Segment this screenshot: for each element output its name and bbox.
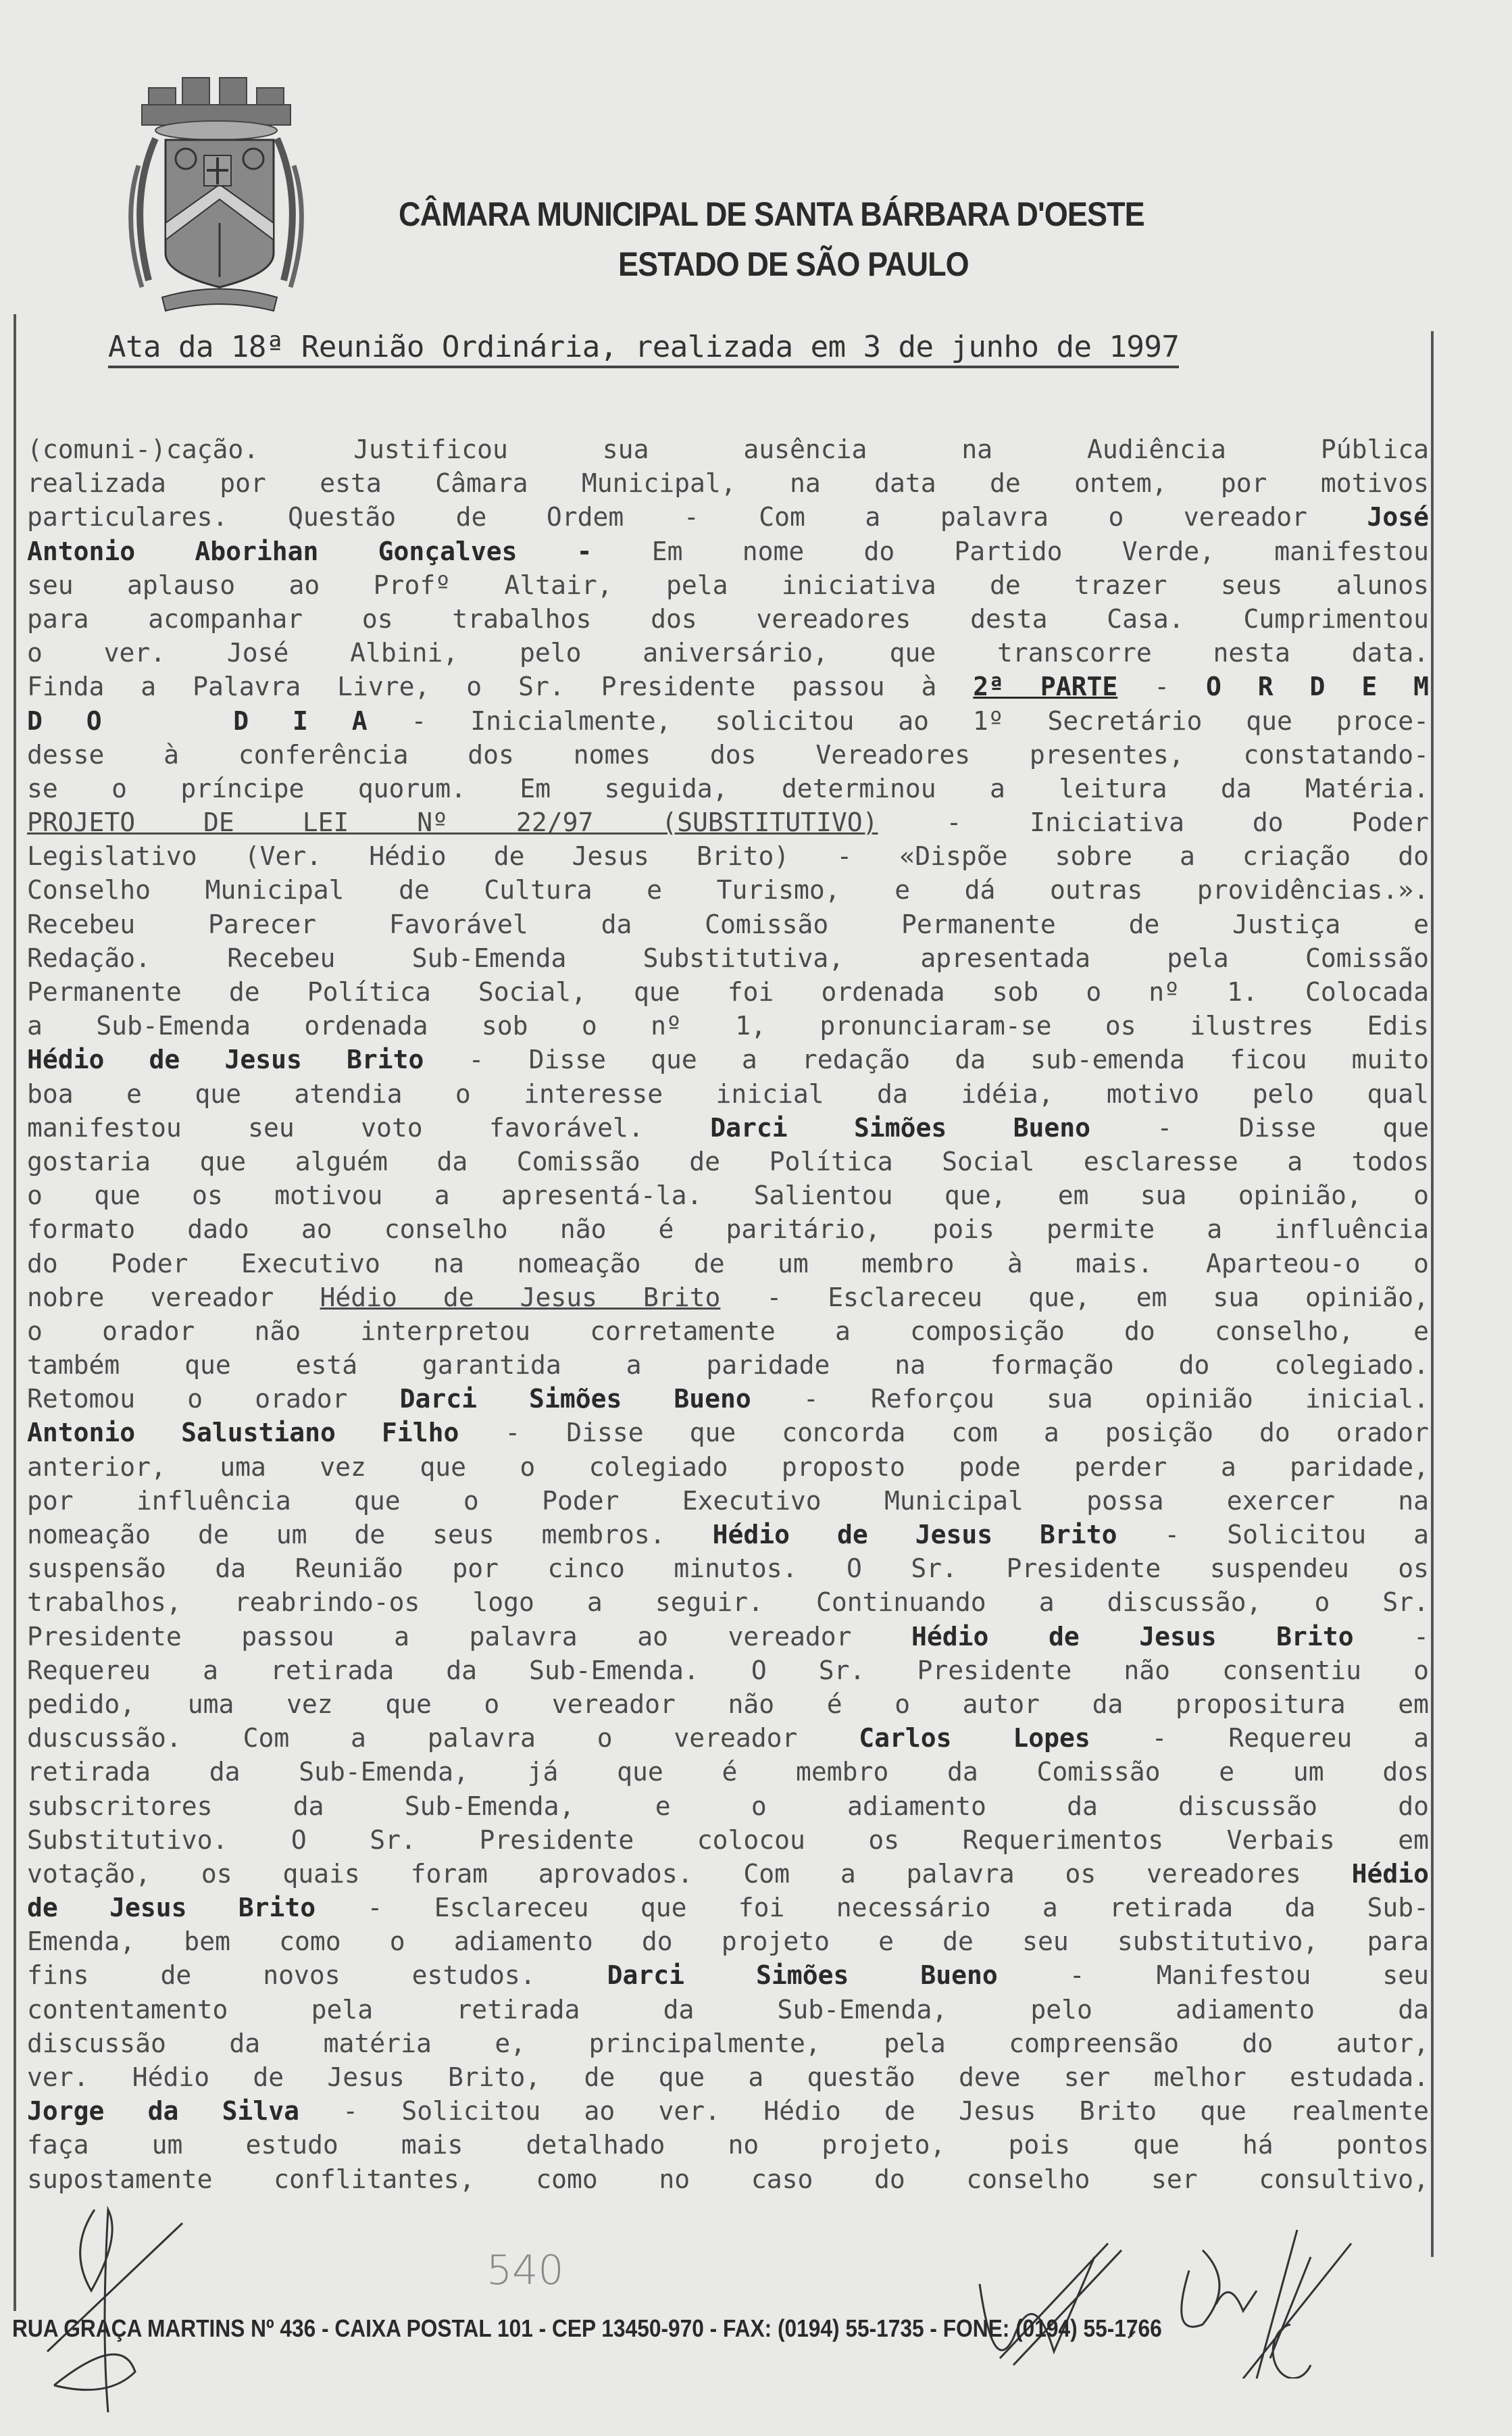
text-run: trabalhos, reabrindo-os logo a seguir. C… bbox=[27, 1587, 1429, 1617]
text-run: retirada da Sub-Emenda, já que é membro … bbox=[27, 1757, 1429, 1787]
signature-right-icon bbox=[973, 2203, 1459, 2379]
text-run: - Esclareceu que, em sua opinião, bbox=[720, 1283, 1429, 1312]
text-run: boa e que atendia o interesse inicial da… bbox=[27, 1079, 1429, 1109]
text-run: Presidente passou a palavra ao vereador bbox=[27, 1622, 911, 1651]
text-line: para acompanhar os trabalhos dos vereado… bbox=[27, 602, 1429, 636]
text-line: supostamente conflitantes, como no caso … bbox=[27, 2162, 1429, 2196]
speaker-name: Darci Simões Bueno bbox=[607, 1960, 998, 1990]
text-line: se o príncipe quorum. Em seguida, determ… bbox=[27, 772, 1429, 805]
text-line: também que está garantida a paridade na … bbox=[27, 1348, 1429, 1382]
text-run: - Requereu a bbox=[1090, 1723, 1429, 1753]
text-run: - bbox=[1354, 1622, 1429, 1651]
text-line: fins de novos estudos. Darci Simões Buen… bbox=[27, 1958, 1429, 1992]
text-line: Redação. Recebeu Sub-Emenda Substitutiva… bbox=[27, 941, 1429, 975]
speaker-name: Antonio Salustiano Filho bbox=[27, 1418, 459, 1447]
text-run: nomeação de um de seus membros. bbox=[27, 1520, 713, 1549]
text-run: Em nome do Partido Verde, manifestou bbox=[593, 537, 1429, 566]
text-run: nobre vereador bbox=[27, 1283, 320, 1312]
text-run: por influência que o Poder Executivo Mun… bbox=[27, 1486, 1429, 1516]
text-run: - Manifestou seu bbox=[998, 1960, 1429, 1990]
text-run: votação, os quais foram aprovados. Com a… bbox=[27, 1859, 1352, 1889]
text-line: ver. Hédio de Jesus Brito, de que a ques… bbox=[27, 2060, 1429, 2094]
text-line: Presidente passou a palavra ao vereador … bbox=[27, 1620, 1429, 1654]
text-line: Emenda, bem como o adiamento do projeto … bbox=[27, 1924, 1429, 1958]
text-run: Requereu a retirada da Sub-Emenda. O Sr.… bbox=[27, 1656, 1429, 1685]
text-line: nomeação de um de seus membros. Hédio de… bbox=[27, 1518, 1429, 1551]
text-run: para acompanhar os trabalhos dos vereado… bbox=[27, 604, 1429, 634]
text-line: (comuni-)cação. Justificou sua ausência … bbox=[27, 432, 1429, 466]
document-page: CÂMARA MUNICIPAL DE SANTA BÁRBARA D'OEST… bbox=[0, 0, 1512, 2436]
text-line: Antonio Salustiano Filho - Disse que con… bbox=[27, 1416, 1429, 1449]
text-run: - Iniciativa do Poder bbox=[878, 807, 1429, 837]
organization-name: CÂMARA MUNICIPAL DE SANTA BÁRBARA D'OEST… bbox=[399, 195, 1140, 234]
text-line: votação, os quais foram aprovados. Com a… bbox=[27, 1857, 1429, 1891]
municipal-crest-icon bbox=[101, 64, 331, 328]
speaker-name: Hédio de Jesus Brito bbox=[911, 1622, 1354, 1651]
text-line: Hédio de Jesus Brito - Disse que a redaç… bbox=[27, 1043, 1429, 1076]
text-line: Finda a Palavra Livre, o Sr. Presidente … bbox=[27, 670, 1429, 703]
text-line: o que os motivou a apresentá-la. Salient… bbox=[27, 1178, 1429, 1212]
text-line: a Sub-Emenda ordenada sob o nº 1, pronun… bbox=[27, 1009, 1429, 1043]
text-line: pedido, uma vez que o vereador não é o a… bbox=[27, 1687, 1429, 1721]
text-run: Retomou o orador bbox=[27, 1384, 400, 1414]
speaker-name: Hédio bbox=[1352, 1859, 1429, 1889]
text-run: - Solicitou a bbox=[1117, 1520, 1429, 1549]
text-run: suspensão da Reunião por cinco minutos. … bbox=[27, 1553, 1429, 1583]
text-run: pedido, uma vez que o vereador não é o a… bbox=[27, 1689, 1429, 1719]
speaker-name: de Jesus Brito bbox=[27, 1893, 316, 1922]
text-line: manifestou seu voto favorável. Darci Sim… bbox=[27, 1111, 1429, 1145]
text-line: Substitutivo. O Sr. Presidente colocou o… bbox=[27, 1823, 1429, 1857]
text-run: do Poder Executivo na nomeação de um mem… bbox=[27, 1249, 1429, 1278]
text-line: Antonio Aborihan Gonçalves - Em nome do … bbox=[27, 535, 1429, 568]
text-run: fins de novos estudos. bbox=[27, 1960, 607, 1990]
signature-left-icon bbox=[27, 2196, 189, 2419]
right-margin-rule bbox=[1431, 331, 1434, 2257]
speaker-name: D O D I A bbox=[27, 706, 368, 736]
text-line: realizada por esta Câmara Municipal, na … bbox=[27, 466, 1429, 500]
text-line: formato dado ao conselho não é paritário… bbox=[27, 1212, 1429, 1246]
text-run: realizada por esta Câmara Municipal, na … bbox=[27, 468, 1429, 498]
text-run: - Disse que a redação da sub-emenda fico… bbox=[424, 1045, 1429, 1074]
text-run: - bbox=[1117, 672, 1206, 701]
text-run: o orador não interpretou corretamente a … bbox=[27, 1316, 1429, 1346]
organization-state: ESTADO DE SÃO PAULO bbox=[618, 245, 969, 284]
text-run: manifestou seu voto favorável. bbox=[27, 1113, 710, 1143]
text-run: duscussão. Com a palavra o vereador bbox=[27, 1723, 859, 1753]
text-run: - Reforçou sua opinião inicial. bbox=[751, 1384, 1429, 1414]
speaker-name: Darci Simões Bueno bbox=[400, 1384, 751, 1414]
text-run: formato dado ao conselho não é paritário… bbox=[27, 1214, 1429, 1244]
minutes-body: (comuni-)cação. Justificou sua ausência … bbox=[27, 432, 1429, 2196]
text-run: Substitutivo. O Sr. Presidente colocou o… bbox=[27, 1825, 1429, 1855]
text-run: Emenda, bem como o adiamento do projeto … bbox=[27, 1927, 1429, 1956]
text-line: Requereu a retirada da Sub-Emenda. O Sr.… bbox=[27, 1654, 1429, 1687]
text-line: Permanente de Política Social, que foi o… bbox=[27, 975, 1429, 1009]
text-run: Conselho Municipal de Cultura e Turismo,… bbox=[27, 875, 1429, 905]
text-line: o ver. José Albini, pelo aniversário, qu… bbox=[27, 636, 1429, 670]
speaker-name: Jorge da Silva bbox=[27, 2096, 299, 2126]
text-run: - Disse que concorda com a posição do or… bbox=[459, 1418, 1429, 1447]
text-line: discussão da matéria e, principalmente, … bbox=[27, 2027, 1429, 2060]
text-run: discussão da matéria e, principalmente, … bbox=[27, 2029, 1429, 2058]
text-line: o orador não interpretou corretamente a … bbox=[27, 1314, 1429, 1348]
text-line: Jorge da Silva - Solicitou ao ver. Hédio… bbox=[27, 2094, 1429, 2128]
text-line: de Jesus Brito - Esclareceu que foi nece… bbox=[27, 1891, 1429, 1924]
text-line: do Poder Executivo na nomeação de um mem… bbox=[27, 1247, 1429, 1281]
text-run: seu aplauso ao Profº Altair, pela inicia… bbox=[27, 570, 1429, 600]
text-line: boa e que atendia o interesse inicial da… bbox=[27, 1077, 1429, 1111]
speaker-name: José bbox=[1367, 502, 1429, 532]
text-line: nobre vereador Hédio de Jesus Brito - Es… bbox=[27, 1281, 1429, 1314]
text-run: anterior, uma vez que o colegiado propos… bbox=[27, 1452, 1429, 1482]
underlined-text: PROJETO DE LEI Nº 22/97 (SUBSTITUTIVO) bbox=[27, 807, 878, 837]
text-line: por influência que o Poder Executivo Mun… bbox=[27, 1484, 1429, 1518]
text-run: Redação. Recebeu Sub-Emenda Substitutiva… bbox=[27, 943, 1429, 973]
speaker-name: Hédio de Jesus Brito bbox=[713, 1520, 1117, 1549]
text-run: ver. Hédio de Jesus Brito, de que a ques… bbox=[27, 2062, 1429, 2092]
speaker-name: 2ª PARTE bbox=[973, 672, 1117, 701]
speaker-name: Darci Simões Bueno bbox=[710, 1113, 1090, 1143]
text-run: gostaria que alguém da Comissão de Polít… bbox=[27, 1147, 1429, 1176]
minutes-title: Ata da 18ª Reunião Ordinária, realizada … bbox=[108, 330, 1179, 368]
text-run: - Inicialmente, solicitou ao 1º Secretár… bbox=[368, 706, 1429, 736]
text-run: Recebeu Parecer Favorável da Comissão Pe… bbox=[27, 910, 1429, 939]
text-line: Conselho Municipal de Cultura e Turismo,… bbox=[27, 873, 1429, 907]
footer-address: RUA GRAÇA MARTINS Nº 436 - CAIXA POSTAL … bbox=[12, 2314, 1162, 2343]
text-run: (comuni-)cação. Justificou sua ausência … bbox=[27, 434, 1429, 464]
text-run: o ver. José Albini, pelo aniversário, qu… bbox=[27, 638, 1429, 668]
speaker-name: O R D E M bbox=[1206, 672, 1429, 701]
text-line: subscritores da Sub-Emenda, e o adiament… bbox=[27, 1789, 1429, 1823]
text-line: D O D I A - Inicialmente, solicitou ao 1… bbox=[27, 704, 1429, 738]
speaker-name: Hédio de Jesus Brito bbox=[27, 1045, 424, 1074]
text-line: duscussão. Com a palavra o vereador Carl… bbox=[27, 1721, 1429, 1755]
text-line: Retomou o orador Darci Simões Bueno - Re… bbox=[27, 1382, 1429, 1416]
left-margin-rule bbox=[14, 314, 16, 2311]
text-run: faça um estudo mais detalhado no projeto… bbox=[27, 2130, 1429, 2160]
underlined-text: Hédio de Jesus Brito bbox=[320, 1283, 720, 1312]
text-line: PROJETO DE LEI Nº 22/97 (SUBSTITUTIVO) -… bbox=[27, 805, 1429, 839]
text-line: Recebeu Parecer Favorável da Comissão Pe… bbox=[27, 908, 1429, 941]
text-run: também que está garantida a paridade na … bbox=[27, 1350, 1429, 1380]
text-run: desse à conferência dos nomes dos Veread… bbox=[27, 740, 1429, 770]
text-line: retirada da Sub-Emenda, já que é membro … bbox=[27, 1755, 1429, 1789]
text-line: contentamento pela retirada da Sub-Emend… bbox=[27, 1993, 1429, 2027]
text-run: se o príncipe quorum. Em seguida, determ… bbox=[27, 774, 1429, 803]
text-run: o que os motivou a apresentá-la. Salient… bbox=[27, 1180, 1429, 1210]
speaker-name: Carlos Lopes bbox=[859, 1723, 1090, 1753]
text-line: suspensão da Reunião por cinco minutos. … bbox=[27, 1551, 1429, 1585]
text-line: anterior, uma vez que o colegiado propos… bbox=[27, 1450, 1429, 1484]
text-run: Finda a Palavra Livre, o Sr. Presidente … bbox=[27, 672, 973, 701]
text-run: supostamente conflitantes, como no caso … bbox=[27, 2164, 1429, 2194]
text-line: trabalhos, reabrindo-os logo a seguir. C… bbox=[27, 1585, 1429, 1619]
text-run: - Solicitou ao ver. Hédio de Jesus Brito… bbox=[299, 2096, 1429, 2126]
text-run: a Sub-Emenda ordenada sob o nº 1, pronun… bbox=[27, 1011, 1429, 1041]
text-line: particulares. Questão de Ordem - Com a p… bbox=[27, 500, 1429, 534]
text-line: seu aplauso ao Profº Altair, pela inicia… bbox=[27, 568, 1429, 602]
text-line: gostaria que alguém da Comissão de Polít… bbox=[27, 1145, 1429, 1178]
text-run: particulares. Questão de Ordem - Com a p… bbox=[27, 502, 1367, 532]
page-number: 540 bbox=[486, 2247, 564, 2294]
text-run: subscritores da Sub-Emenda, e o adiament… bbox=[27, 1791, 1429, 1821]
text-line: Legislativo (Ver. Hédio de Jesus Brito) … bbox=[27, 839, 1429, 873]
text-line: faça um estudo mais detalhado no projeto… bbox=[27, 2128, 1429, 2162]
text-run: - Disse que bbox=[1090, 1113, 1429, 1143]
text-run: Legislativo (Ver. Hédio de Jesus Brito) … bbox=[27, 841, 1429, 871]
text-run: Permanente de Política Social, que foi o… bbox=[27, 977, 1429, 1007]
speaker-name: Antonio Aborihan Gonçalves - bbox=[27, 537, 593, 566]
text-run: - Esclareceu que foi necessário a retira… bbox=[316, 1893, 1429, 1922]
text-line: desse à conferência dos nomes dos Veread… bbox=[27, 738, 1429, 772]
text-run: contentamento pela retirada da Sub-Emend… bbox=[27, 1995, 1429, 2024]
signature-comma-icon bbox=[1054, 2277, 1094, 2318]
